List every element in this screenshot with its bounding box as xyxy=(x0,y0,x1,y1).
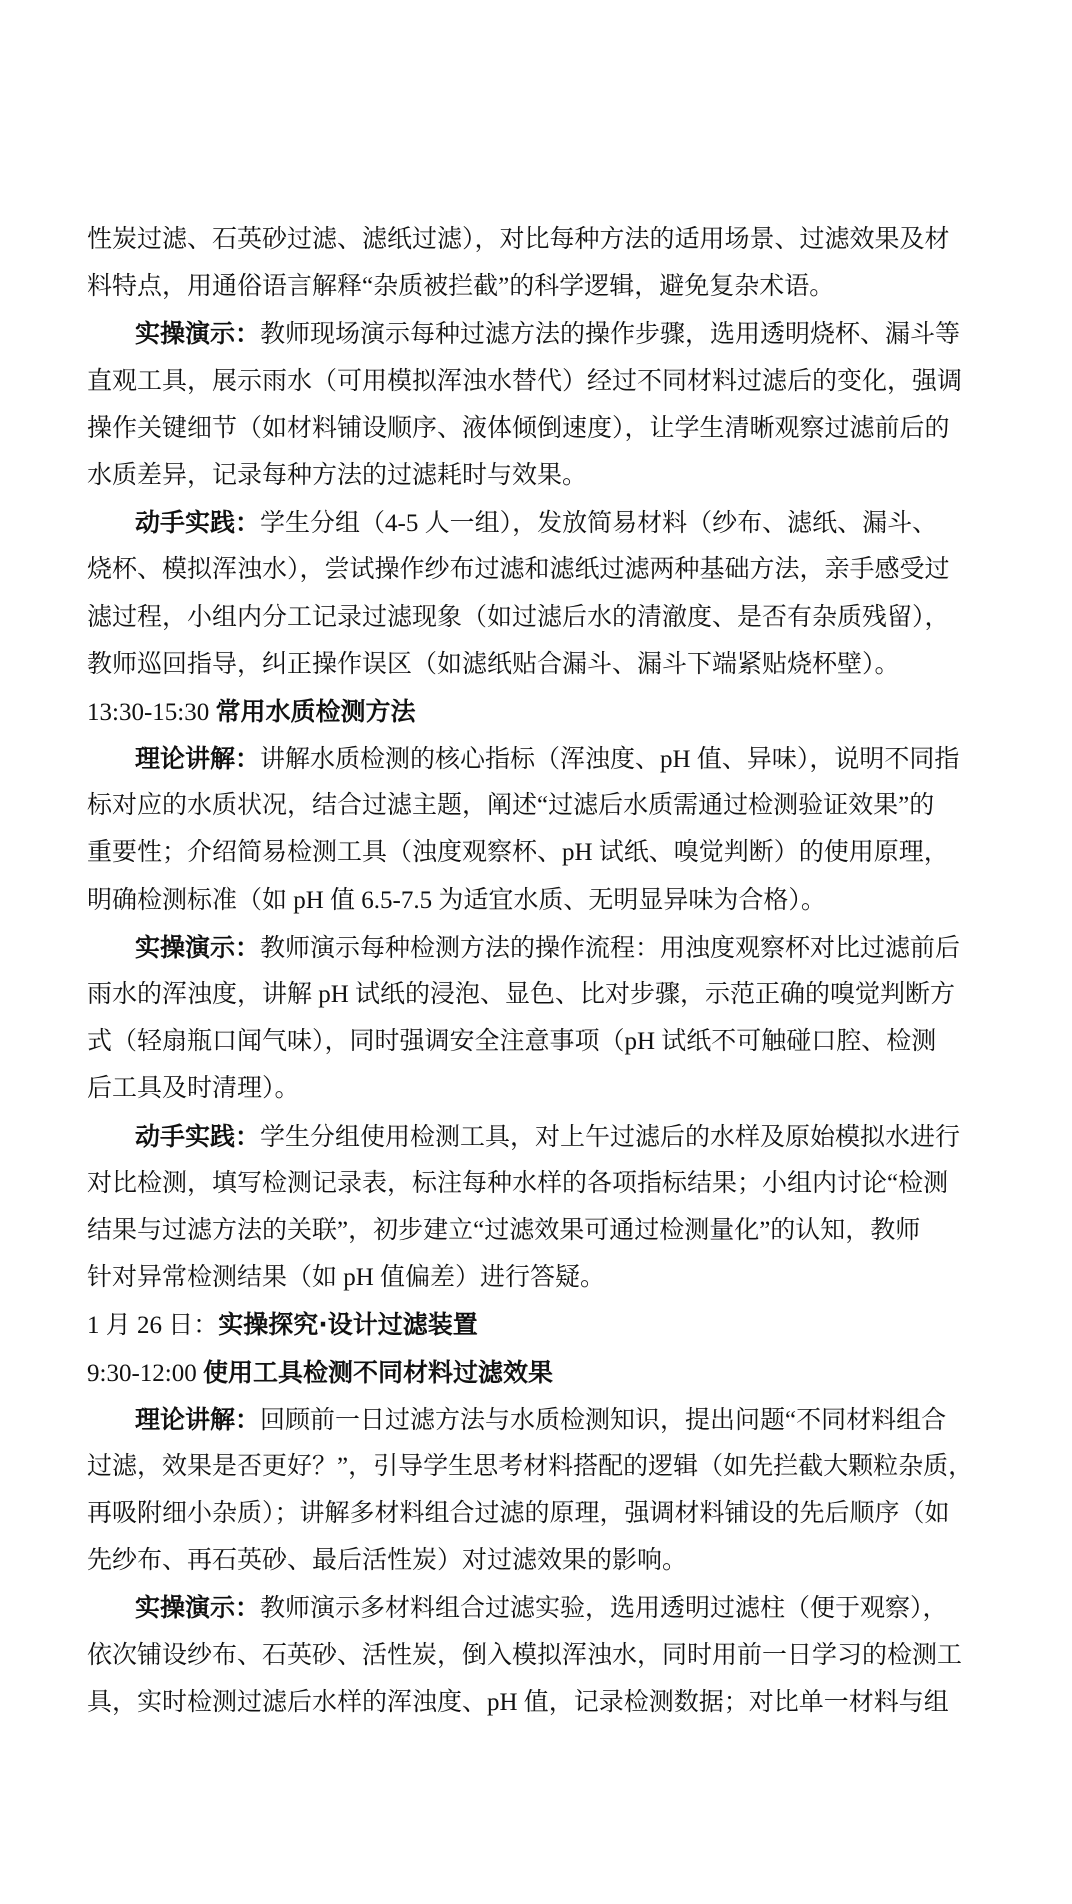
text-line: 过滤，效果是否更好？”，引导学生思考材料搭配的逻辑（如先拦截大颗粒杂质， xyxy=(87,1443,1003,1490)
body-text: 结果与过滤方法的关联”，初步建立“过滤效果可通过检测量化”的认知，教师 xyxy=(87,1217,920,1244)
body-text: 学生分组使用检测工具，对上午过滤后的水样及原始模拟水进行 xyxy=(260,1124,960,1151)
body-text: 回顾前一日过滤方法与水质检测知识，提出问题“不同材料组合 xyxy=(260,1407,946,1434)
emphasis-text: 动手实践： xyxy=(135,508,260,537)
body-text: 具，实时检测过滤后水样的浑浊度、pH 值，记录检测数据；对比单一材料与组 xyxy=(87,1689,949,1716)
body-text: 标对应的水质状况，结合过滤主题，阐述“过滤后水质需通过检测验证效果”的 xyxy=(87,792,934,819)
text-line: 结果与过滤方法的关联”，初步建立“过滤效果可通过检测量化”的认知，教师 xyxy=(87,1207,1003,1254)
text-line: 水质差异，记录每种方法的过滤耗时与效果。 xyxy=(87,452,1003,499)
text-line: 对比检测，填写检测记录表，标注每种水样的各项指标结果；小组内讨论“检测 xyxy=(87,1160,1003,1207)
text-line: 式（轻扇瓶口闻气味），同时强调安全注意事项（pH 试纸不可触碰口腔、检测 xyxy=(87,1018,1003,1065)
section-heading: 13:30-15:30 常用水质检测方法 xyxy=(87,688,1003,735)
text-line: 性炭过滤、石英砂过滤、滤纸过滤），对比每种方法的适用场景、过滤效果及材 xyxy=(87,216,1003,263)
text-line: 先纱布、再石英砂、最后活性炭）对过滤效果的影响。 xyxy=(87,1537,1003,1584)
body-text: 讲解水质检测的核心指标（浑浊度、pH 值、异味），说明不同指 xyxy=(260,746,959,773)
section-heading: 9:30-12:00 使用工具检测不同材料过滤效果 xyxy=(87,1349,1003,1396)
body-text: 教师演示多材料组合过滤实验，选用透明过滤柱（便于观察）， xyxy=(260,1595,948,1622)
text-line: 明确检测标准（如 pH 值 6.5-7.5 为适宜水质、无明显异味为合格）。 xyxy=(87,877,1003,924)
emphasis-text: 使用工具检测不同材料过滤效果 xyxy=(203,1358,553,1387)
emphasis-text: 理论讲解： xyxy=(135,744,260,773)
body-text: 再吸附细小杂质）；讲解多材料组合过滤的原理，强调材料铺设的先后顺序（如 xyxy=(87,1500,950,1527)
text-line: 实操演示：教师演示多材料组合过滤实验，选用透明过滤柱（便于观察）， xyxy=(87,1584,1003,1631)
emphasis-text: 理论讲解： xyxy=(135,1405,260,1434)
text-line: 再吸附细小杂质）；讲解多材料组合过滤的原理，强调材料铺设的先后顺序（如 xyxy=(87,1490,1003,1537)
body-text: 9:30-12:00 xyxy=(87,1360,203,1387)
body-text: 1 月 26 日： xyxy=(87,1312,218,1339)
text-line: 操作关键细节（如材料铺设顺序、液体倾倒速度），让学生清晰观察过滤前后的 xyxy=(87,405,1003,452)
document-page: 性炭过滤、石英砂过滤、滤纸过滤），对比每种方法的适用场景、过滤效果及材料特点，用… xyxy=(0,0,1072,1904)
text-line: 动手实践：学生分组（4-5 人一组），发放简易材料（纱布、滤纸、漏斗、 xyxy=(87,499,1003,546)
body-text: 烧杯、模拟浑浊水），尝试操作纱布过滤和滤纸过滤两种基础方法，亲手感受过 xyxy=(87,556,950,583)
body-text: 水质差异，记录每种方法的过滤耗时与效果。 xyxy=(87,462,587,489)
body-text: 料特点，用通俗语言解释“杂质被拦截”的科学逻辑，避免复杂术语。 xyxy=(87,273,834,300)
text-line: 理论讲解：回顾前一日过滤方法与水质检测知识，提出问题“不同材料组合 xyxy=(87,1396,1003,1443)
text-line: 烧杯、模拟浑浊水），尝试操作纱布过滤和滤纸过滤两种基础方法，亲手感受过 xyxy=(87,546,1003,593)
body-text: 先纱布、再石英砂、最后活性炭）对过滤效果的影响。 xyxy=(87,1547,687,1574)
document-body: 性炭过滤、石英砂过滤、滤纸过滤），对比每种方法的适用场景、过滤效果及材料特点，用… xyxy=(87,216,1003,1726)
body-text: 操作关键细节（如材料铺设顺序、液体倾倒速度），让学生清晰观察过滤前后的 xyxy=(87,415,950,442)
text-line: 后工具及时清理）。 xyxy=(87,1065,1003,1112)
emphasis-text: 动手实践： xyxy=(135,1122,260,1151)
body-text: 教师演示每种检测方法的操作流程：用浊度观察杯对比过滤前后 xyxy=(260,935,960,962)
text-line: 滤过程，小组内分工记录过滤现象（如过滤后水的清澈度、是否有杂质残留）， xyxy=(87,594,1003,641)
body-text: 滤过程，小组内分工记录过滤现象（如过滤后水的清澈度、是否有杂质残留）， xyxy=(87,604,950,631)
text-line: 雨水的浑浊度，讲解 pH 试纸的浸泡、显色、比对步骤，示范正确的嗅觉判断方 xyxy=(87,971,1003,1018)
body-text: 针对异常检测结果（如 pH 值偏差）进行答疑。 xyxy=(87,1264,605,1291)
text-line: 实操演示：教师现场演示每种过滤方法的操作步骤，选用透明烧杯、漏斗等 xyxy=(87,310,1003,357)
emphasis-text: 实操探究·设计过滤装置 xyxy=(218,1310,478,1339)
body-text: 明确检测标准（如 pH 值 6.5-7.5 为适宜水质、无明显异味为合格）。 xyxy=(87,887,826,914)
text-line: 具，实时检测过滤后水样的浑浊度、pH 值，记录检测数据；对比单一材料与组 xyxy=(87,1679,1003,1726)
body-text: 直观工具，展示雨水（可用模拟浑浊水替代）经过不同材料过滤后的变化，强调 xyxy=(87,368,962,395)
body-text: 后工具及时清理）。 xyxy=(87,1075,300,1102)
emphasis-text: 实操演示： xyxy=(135,1593,260,1622)
text-line: 理论讲解：讲解水质检测的核心指标（浑浊度、pH 值、异味），说明不同指 xyxy=(87,735,1003,782)
body-text: 依次铺设纱布、石英砂、活性炭，倒入模拟浑浊水，同时用前一日学习的检测工 xyxy=(87,1642,962,1669)
text-line: 依次铺设纱布、石英砂、活性炭，倒入模拟浑浊水，同时用前一日学习的检测工 xyxy=(87,1632,1003,1679)
emphasis-text: 实操演示： xyxy=(135,319,260,348)
emphasis-text: 常用水质检测方法 xyxy=(215,697,415,726)
section-heading: 1 月 26 日：实操探究·设计过滤装置 xyxy=(87,1301,1003,1348)
text-line: 教师巡回指导，纠正操作误区（如滤纸贴合漏斗、漏斗下端紧贴烧杯壁）。 xyxy=(87,641,1003,688)
body-text: 重要性；介绍简易检测工具（浊度观察杯、pH 试纸、嗅觉判断）的使用原理， xyxy=(87,839,949,866)
text-line: 针对异常检测结果（如 pH 值偏差）进行答疑。 xyxy=(87,1254,1003,1301)
body-text: 式（轻扇瓶口闻气味），同时强调安全注意事项（pH 试纸不可触碰口腔、检测 xyxy=(87,1028,936,1055)
body-text: 雨水的浑浊度，讲解 pH 试纸的浸泡、显色、比对步骤，示范正确的嗅觉判断方 xyxy=(87,981,955,1008)
body-text: 对比检测，填写检测记录表，标注每种水样的各项指标结果；小组内讨论“检测 xyxy=(87,1170,948,1197)
text-line: 直观工具，展示雨水（可用模拟浑浊水替代）经过不同材料过滤后的变化，强调 xyxy=(87,358,1003,405)
body-text: 教师巡回指导，纠正操作误区（如滤纸贴合漏斗、漏斗下端紧贴烧杯壁）。 xyxy=(87,651,900,678)
body-text: 学生分组（4-5 人一组），发放简易材料（纱布、滤纸、漏斗、 xyxy=(260,510,937,537)
emphasis-text: 实操演示： xyxy=(135,933,260,962)
body-text: 教师现场演示每种过滤方法的操作步骤，选用透明烧杯、漏斗等 xyxy=(260,321,960,348)
body-text: 过滤，效果是否更好？”，引导学生思考材料搭配的逻辑（如先拦截大颗粒杂质， xyxy=(87,1453,973,1480)
text-line: 实操演示：教师演示每种检测方法的操作流程：用浊度观察杯对比过滤前后 xyxy=(87,924,1003,971)
body-text: 13:30-15:30 xyxy=(87,699,215,726)
text-line: 标对应的水质状况，结合过滤主题，阐述“过滤后水质需通过检测验证效果”的 xyxy=(87,782,1003,829)
text-line: 动手实践：学生分组使用检测工具，对上午过滤后的水样及原始模拟水进行 xyxy=(87,1113,1003,1160)
text-line: 料特点，用通俗语言解释“杂质被拦截”的科学逻辑，避免复杂术语。 xyxy=(87,263,1003,310)
body-text: 性炭过滤、石英砂过滤、滤纸过滤），对比每种方法的适用场景、过滤效果及材 xyxy=(87,226,950,253)
text-line: 重要性；介绍简易检测工具（浊度观察杯、pH 试纸、嗅觉判断）的使用原理， xyxy=(87,829,1003,876)
